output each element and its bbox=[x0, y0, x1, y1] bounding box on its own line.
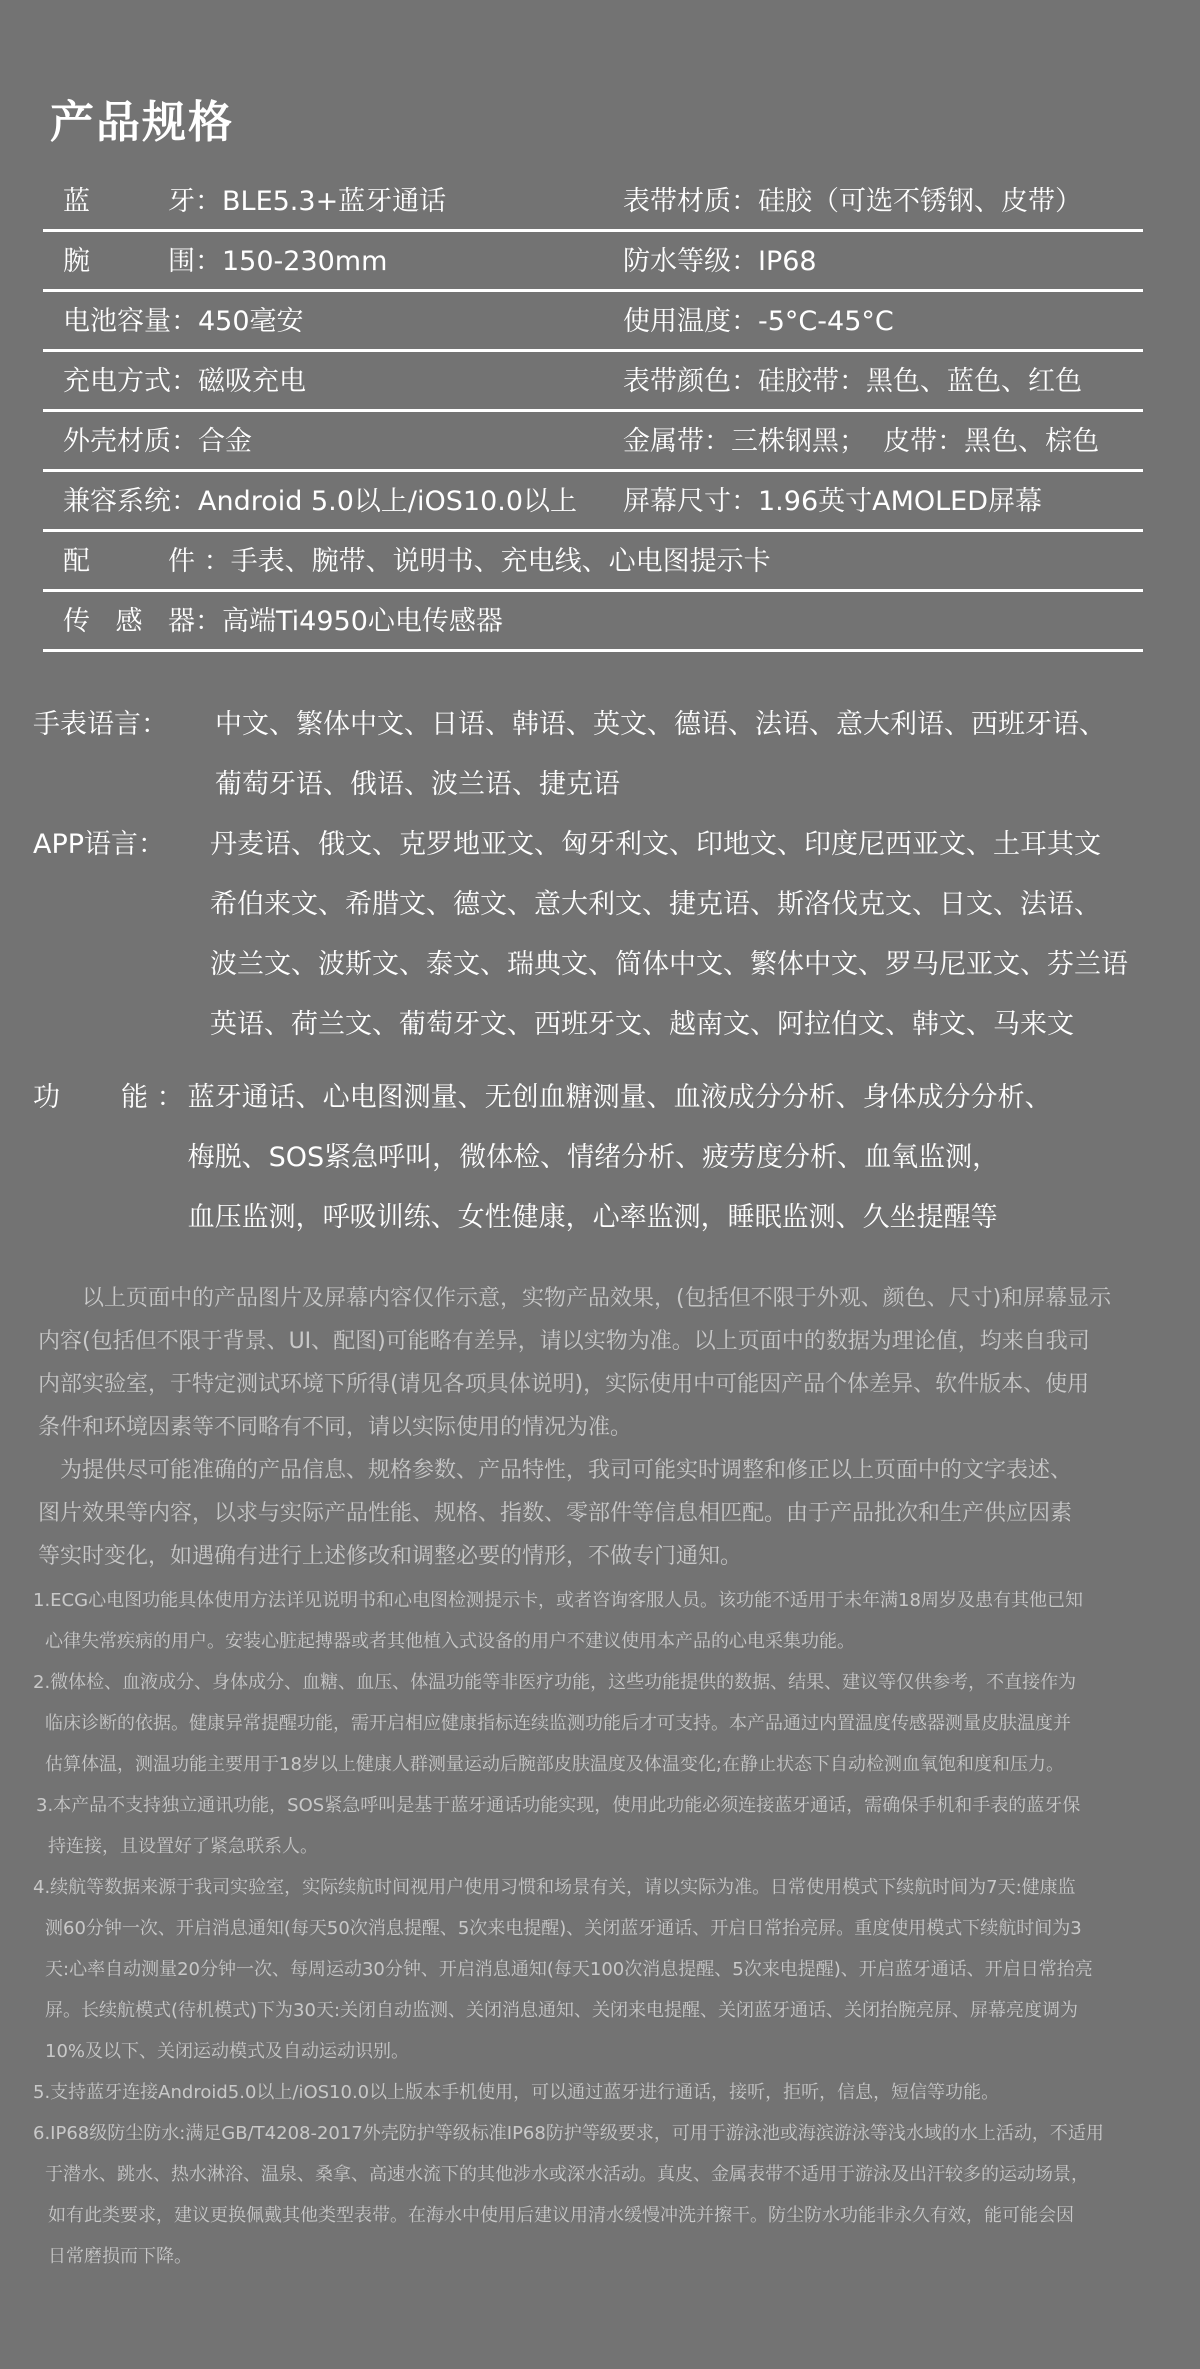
spec-row: 传感器：高端Ti4950心电传感器 bbox=[43, 592, 1143, 652]
functions-line: 梅脱、SOS紧急呼叫，微体检、情绪分析、疲劳度分析、血氧监测， bbox=[188, 1128, 1052, 1188]
spec-value: 合金 bbox=[198, 426, 252, 457]
spec-row: 腕围：150-230mm 防水等级：IP68 bbox=[43, 232, 1143, 292]
spec-label: 表带颜色 bbox=[623, 366, 731, 397]
spec-label: 蓝牙 bbox=[63, 186, 195, 218]
spec-value: 手表、腕带、说明书、充电线、心电图提示卡 bbox=[231, 546, 771, 577]
spec-label: 表带材质 bbox=[623, 186, 731, 217]
spec-sep: ： bbox=[731, 306, 758, 337]
spec-compatibility: 兼容系统：Android 5.0以上/iOS10.0以上 bbox=[63, 486, 577, 518]
spec-sep: ： bbox=[731, 246, 758, 277]
spec-value: 硅胶带：黑色、蓝色、红色 bbox=[758, 366, 1082, 397]
app-languages-line: 丹麦语、俄文、克罗地亚文、匈牙利文、印地文、印度尼西亚文、土耳其文 bbox=[210, 815, 1128, 875]
spec-sep: ： bbox=[171, 426, 198, 457]
spec-label: 传感器 bbox=[63, 606, 195, 638]
footnote-2: 2.微体检、血液成分、身体成分、血糖、血压、体温功能等非医疗功能，这些功能提供的… bbox=[33, 1662, 1183, 1785]
spec-sep: ： bbox=[171, 366, 198, 397]
app-languages-line: 希伯来文、希腊文、德文、意大利文、捷克语、斯洛伐克文、日文、法语、 bbox=[210, 875, 1128, 935]
watch-languages-label: 手表语言： bbox=[33, 695, 180, 755]
spec-sep: ： bbox=[195, 186, 222, 217]
app-languages-line: 英语、荷兰文、葡萄牙文、西班牙文、越南文、阿拉伯文、韩文、马来文 bbox=[210, 995, 1128, 1055]
spec-row: 兼容系统：Android 5.0以上/iOS10.0以上 屏幕尺寸：1.96英寸… bbox=[43, 472, 1143, 532]
spec-value: 1.96英寸AMOLED屏幕 bbox=[758, 486, 1042, 517]
spec-value: 高端Ti4950心电传感器 bbox=[222, 606, 503, 637]
spec-sep: ： bbox=[731, 186, 758, 217]
spec-case-material: 外壳材质：合金 bbox=[63, 426, 252, 458]
watch-languages-line: 葡萄牙语、俄语、波兰语、捷克语 bbox=[215, 755, 1106, 815]
spec-strap-color: 表带颜色：硅胶带：黑色、蓝色、红色 bbox=[623, 366, 1082, 398]
functions-line: 蓝牙通话、心电图测量、无创血糖测量、血液成分分析、身体成分分析、 bbox=[188, 1068, 1052, 1128]
functions-label: 功能 bbox=[33, 1068, 148, 1128]
spec-bluetooth: 蓝牙：BLE5.3+蓝牙通话 bbox=[63, 186, 446, 218]
spec-label: 兼容系统 bbox=[63, 486, 171, 517]
footnote-6: 6.IP68级防尘防水:满足GB/T4208-2017外壳防护等级标准IP68防… bbox=[33, 2113, 1183, 2277]
disclaimer-paragraph: 为提供尽可能准确的产品信息、规格参数、产品特性，我司可能实时调整和修正以上页面中… bbox=[38, 1449, 1178, 1578]
spec-value: 450毫安 bbox=[198, 306, 304, 337]
spec-row: 配件 ：手表、腕带、说明书、充电线、心电图提示卡 bbox=[43, 532, 1143, 592]
spec-value: 磁吸充电 bbox=[198, 366, 306, 397]
spec-label: 电池容量 bbox=[63, 306, 171, 337]
spec-charging: 充电方式：磁吸充电 bbox=[63, 366, 306, 398]
functions-sep: ： bbox=[148, 1068, 184, 1128]
spec-value: IP68 bbox=[758, 246, 817, 277]
spec-value: BLE5.3+蓝牙通话 bbox=[222, 186, 446, 217]
spec-value: Android 5.0以上/iOS10.0以上 bbox=[198, 486, 577, 517]
spec-row: 电池容量：450毫安 使用温度：-5°C-45°C bbox=[43, 292, 1143, 352]
footnote-5: 5.支持蓝牙连接Android5.0以上/iOS10.0以上版本手机使用，可以通… bbox=[33, 2072, 1183, 2113]
spec-sep: ： bbox=[171, 486, 198, 517]
spec-accessories: 配件 ：手表、腕带、说明书、充电线、心电图提示卡 bbox=[63, 546, 771, 578]
footnote-3: 3.本产品不支持独立通讯功能，SOS紧急呼叫是基于蓝牙通话功能实现，使用此功能必… bbox=[33, 1785, 1183, 1867]
spec-sep: ： bbox=[195, 606, 222, 637]
spec-row: 充电方式：磁吸充电 表带颜色：硅胶带：黑色、蓝色、红色 bbox=[43, 352, 1143, 412]
spec-label: 屏幕尺寸 bbox=[623, 486, 731, 517]
footnotes: 1.ECG心电图功能具体使用方法详见说明书和心电图检测提示卡，或者咨询客服人员。… bbox=[33, 1580, 1183, 2277]
spec-sep: ： bbox=[195, 546, 231, 577]
spec-waterproof: 防水等级：IP68 bbox=[623, 246, 817, 278]
disclaimer-paragraph: 以上页面中的产品图片及屏幕内容仅作示意，实物产品效果，(包括但不限于外观、颜色、… bbox=[38, 1277, 1178, 1449]
app-languages-line: 波兰文、波斯文、泰文、瑞典文、简体中文、繁体中文、罗马尼亚文、芬兰语 bbox=[210, 935, 1128, 995]
spec-row: 蓝牙：BLE5.3+蓝牙通话 表带材质：硅胶（可选不锈钢、皮带） bbox=[43, 172, 1143, 232]
spec-table: 蓝牙：BLE5.3+蓝牙通话 表带材质：硅胶（可选不锈钢、皮带） 腕围：150-… bbox=[43, 172, 1143, 652]
spec-sensor: 传感器：高端Ti4950心电传感器 bbox=[63, 606, 503, 638]
footnote-1: 1.ECG心电图功能具体使用方法详见说明书和心电图检测提示卡，或者咨询客服人员。… bbox=[33, 1580, 1183, 1662]
spec-label: 充电方式 bbox=[63, 366, 171, 397]
watch-languages: 手表语言： 中文、繁体中文、日语、韩语、英文、德语、法语、意大利语、西班牙语、 … bbox=[33, 695, 1183, 815]
app-languages: APP语言： 丹麦语、俄文、克罗地亚文、匈牙利文、印地文、印度尼西亚文、土耳其文… bbox=[33, 815, 1183, 1055]
spec-value: 150-230mm bbox=[222, 246, 387, 277]
app-languages-label: APP语言： bbox=[33, 815, 180, 875]
spec-value: -5°C-45°C bbox=[758, 306, 894, 337]
spec-sep: ： bbox=[731, 486, 758, 517]
spec-row: 外壳材质：合金 金属带：三株钢黑； 皮带：黑色、棕色 bbox=[43, 412, 1143, 472]
spec-strap-material: 表带材质：硅胶（可选不锈钢、皮带） bbox=[623, 186, 1082, 218]
spec-strap-color-more: 金属带：三株钢黑； 皮带：黑色、棕色 bbox=[623, 426, 1099, 458]
spec-battery: 电池容量：450毫安 bbox=[63, 306, 304, 338]
spec-wrist-size: 腕围：150-230mm bbox=[63, 246, 387, 278]
spec-value: 金属带：三株钢黑； 皮带：黑色、棕色 bbox=[623, 426, 1099, 457]
spec-label: 腕围 bbox=[63, 246, 195, 278]
functions-line: 血压监测，呼吸训练、女性健康，心率监测，睡眠监测、久坐提醒等 bbox=[188, 1188, 1052, 1248]
spec-value: 硅胶（可选不锈钢、皮带） bbox=[758, 186, 1082, 217]
page-title: 产品规格 bbox=[50, 101, 234, 145]
spec-label: 配件 bbox=[63, 546, 195, 578]
footnote-4: 4.续航等数据来源于我司实验室，实际续航时间视用户使用习惯和场景有关，请以实际为… bbox=[33, 1867, 1183, 2072]
disclaimer: 以上页面中的产品图片及屏幕内容仅作示意，实物产品效果，(包括但不限于外观、颜色、… bbox=[38, 1277, 1178, 1578]
spec-sep: ： bbox=[731, 366, 758, 397]
spec-label: 防水等级 bbox=[623, 246, 731, 277]
spec-label: 外壳材质 bbox=[63, 426, 171, 457]
spec-screen-size: 屏幕尺寸：1.96英寸AMOLED屏幕 bbox=[623, 486, 1042, 518]
spec-label: 使用温度 bbox=[623, 306, 731, 337]
functions: 功能 ： 蓝牙通话、心电图测量、无创血糖测量、血液成分分析、身体成分分析、 梅脱… bbox=[33, 1068, 1183, 1248]
spec-sep: ： bbox=[171, 306, 198, 337]
spec-sep: ： bbox=[195, 246, 222, 277]
watch-languages-line: 中文、繁体中文、日语、韩语、英文、德语、法语、意大利语、西班牙语、 bbox=[215, 695, 1106, 755]
spec-temperature: 使用温度：-5°C-45°C bbox=[623, 306, 894, 338]
